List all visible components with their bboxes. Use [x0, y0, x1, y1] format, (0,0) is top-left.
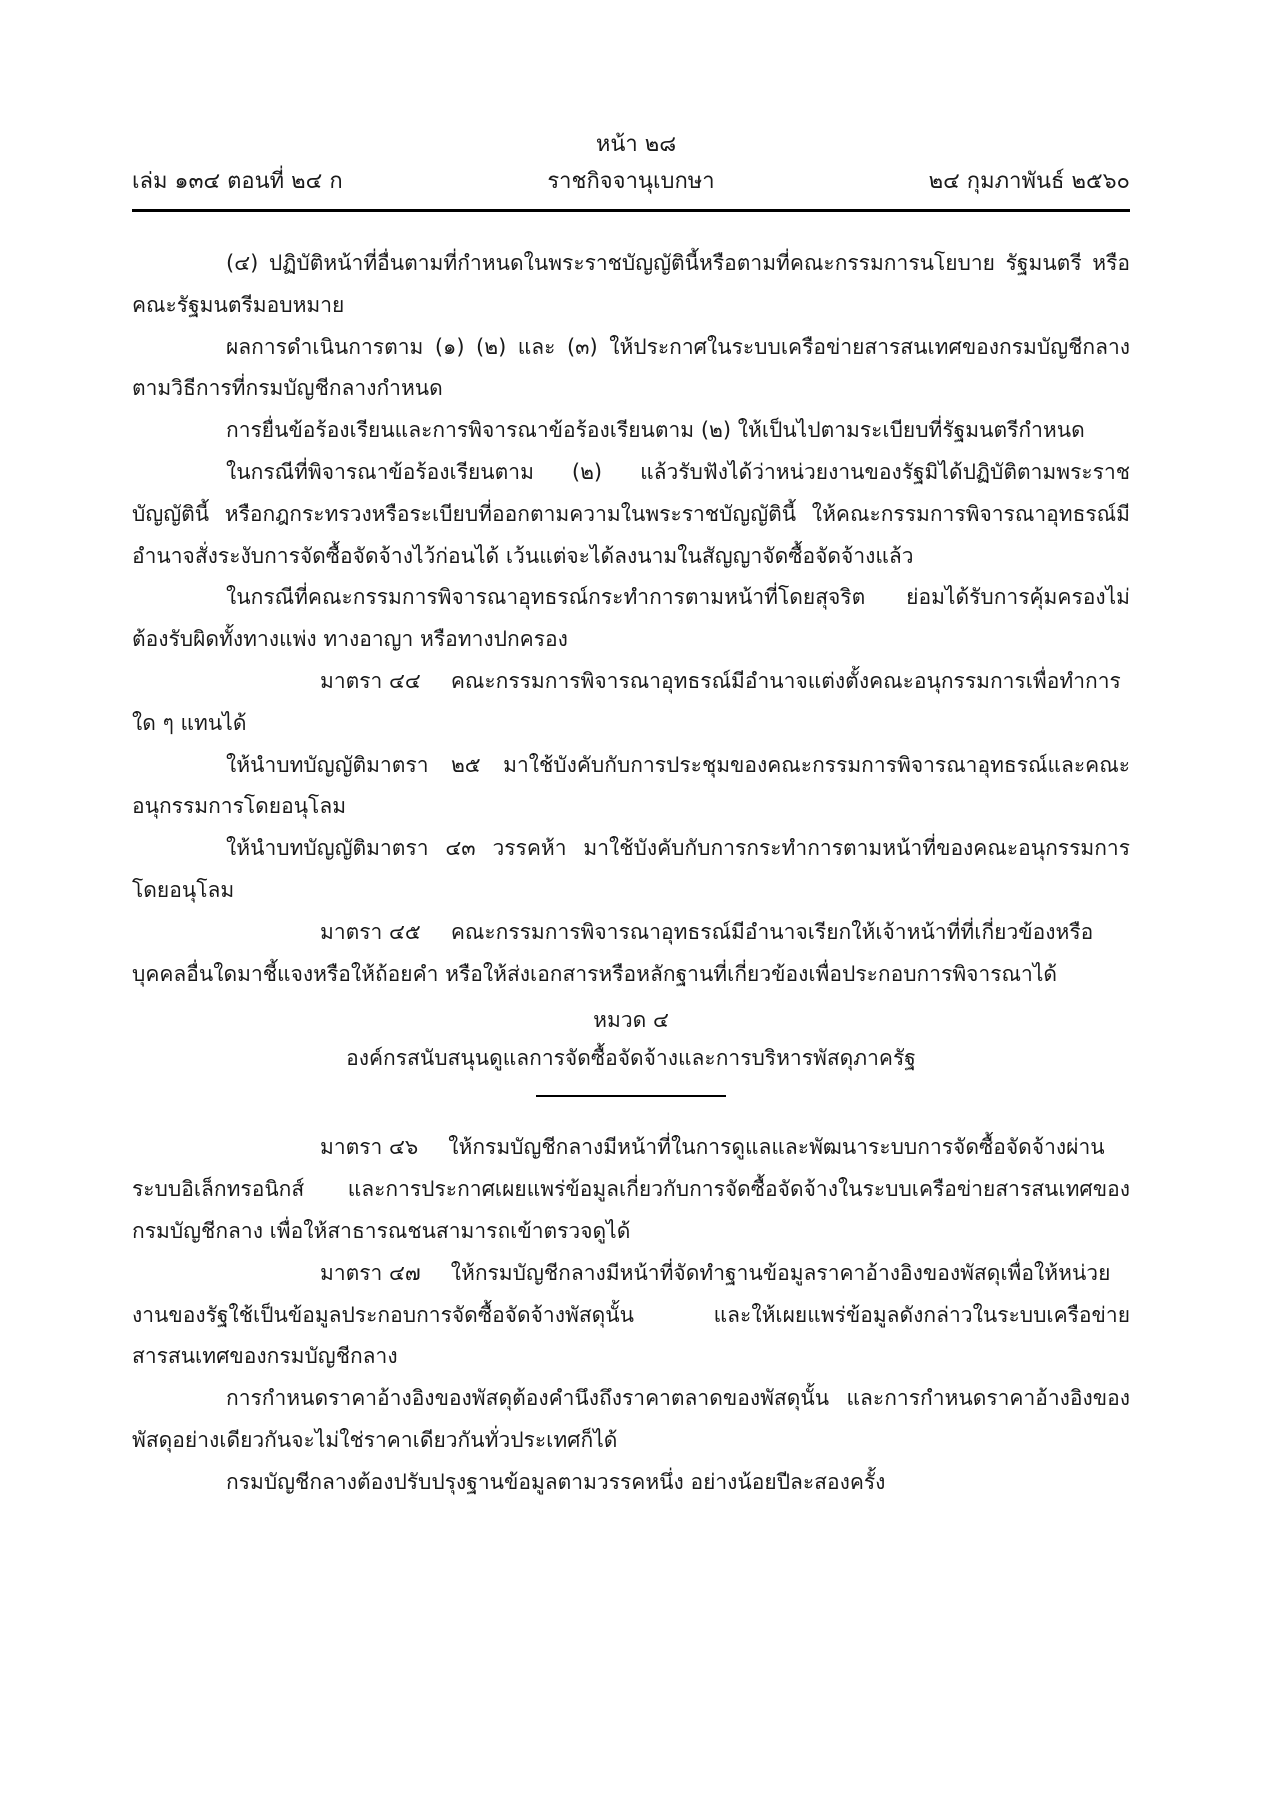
gazette-page: หน้า ๒๘ เล่ม ๑๓๔ ตอนที่ ๒๔ ก ราชกิจจานุเ… — [0, 0, 1272, 1800]
paragraph-good-faith-protection: ในกรณีที่คณะกรรมการพิจารณาอุทธรณ์กระทำกา… — [132, 577, 1130, 661]
paragraph-duty-4: (๔) ปฏิบัติหน้าที่อื่นตามที่กำหนดในพระรา… — [132, 243, 1130, 327]
section-44: มาตรา ๔๔คณะกรรมการพิจารณาอุทธรณ์มีอำนาจแ… — [132, 661, 1130, 745]
publication-date: ๒๔ กุมภาพันธ์ ๒๕๖๐ — [929, 166, 1130, 198]
chapter-heading: หมวด ๔ องค์กรสนับสนุนดูแลการจัดซื้อจัดจ้… — [132, 1001, 1130, 1097]
paragraph-reference-price-rule: การกำหนดราคาอ้างอิงของพัสดุต้องคำนึงถึงร… — [132, 1378, 1130, 1462]
section-45-label: มาตรา ๔๕ — [226, 912, 421, 954]
chapter-divider — [536, 1095, 726, 1097]
header-divider — [132, 209, 1130, 212]
paragraph-apply-section-43: ให้นำบทบัญญัติมาตรา ๔๓ วรรคห้า มาใช้บังค… — [132, 828, 1130, 912]
paragraph-database-update: กรมบัญชีกลางต้องปรับปรุงฐานข้อมูลตามวรรค… — [132, 1462, 1130, 1504]
paragraph-results-announcement: ผลการดำเนินการตาม (๑) (๒) และ (๓) ให้ประ… — [132, 327, 1130, 411]
section-46: มาตรา ๔๖ให้กรมบัญชีกลางมีหน้าที่ในการดูแ… — [132, 1127, 1130, 1252]
chapter-number: หมวด ๔ — [132, 1001, 1130, 1039]
chapter-title: องค์กรสนับสนุนดูแลการจัดซื้อจัดจ้างและกา… — [132, 1039, 1130, 1077]
paragraph-apply-section-25: ให้นำบทบัญญัติมาตรา ๒๕ มาใช้บังคับกับการ… — [132, 745, 1130, 829]
section-45: มาตรา ๔๕คณะกรรมการพิจารณาอุทธรณ์มีอำนาจเ… — [132, 912, 1130, 996]
running-header: เล่ม ๑๓๔ ตอนที่ ๒๔ ก ราชกิจจานุเบกษา ๒๔ … — [132, 166, 1130, 198]
section-47: มาตรา ๔๗ให้กรมบัญชีกลางมีหน้าที่จัดทำฐาน… — [132, 1253, 1130, 1378]
section-46-label: มาตรา ๔๖ — [226, 1127, 418, 1169]
paragraph-suspension-power: ในกรณีที่พิจารณาข้อร้องเรียนตาม (๒) แล้ว… — [132, 452, 1130, 577]
page-number: หน้า ๒๘ — [0, 130, 1272, 160]
section-47-label: มาตรา ๔๗ — [226, 1253, 421, 1295]
section-44-label: มาตรา ๔๔ — [226, 661, 421, 703]
document-body: (๔) ปฏิบัติหน้าที่อื่นตามที่กำหนดในพระรา… — [132, 243, 1130, 1504]
paragraph-complaint-filing: การยื่นข้อร้องเรียนและการพิจารณาข้อร้องเ… — [132, 410, 1130, 452]
